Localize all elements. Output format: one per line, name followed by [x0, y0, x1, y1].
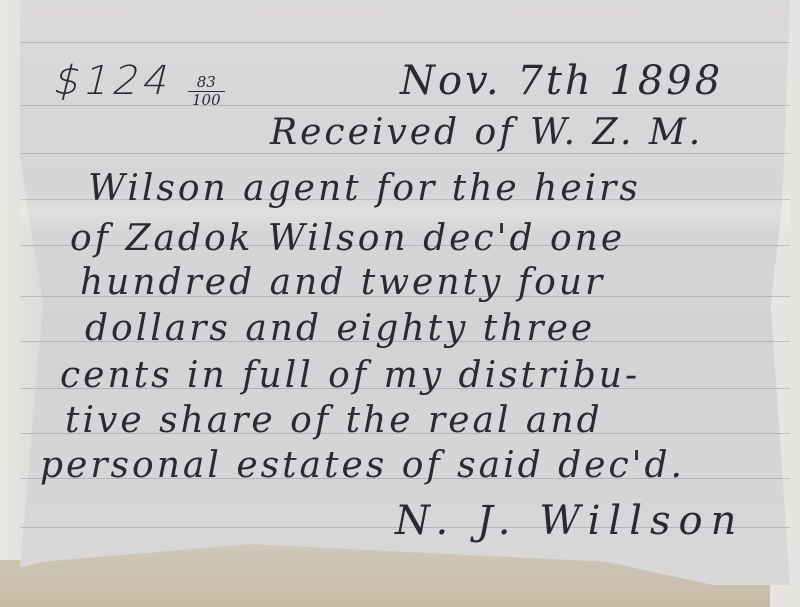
receipt-amount: $124 [49, 58, 178, 104]
body-line-6: cents in full of my distribu- [60, 355, 640, 396]
cents-numerator: 83 [188, 74, 225, 92]
body-line-3: of Zadok Wilson dec'd one [70, 218, 625, 259]
ruled-line [20, 105, 790, 106]
receipt-cents-fraction: 83 100 [188, 74, 225, 109]
body-line-5: dollars and eighty three [85, 308, 595, 349]
ruled-line [20, 42, 790, 43]
ruled-line [20, 153, 790, 154]
cents-denominator: 100 [188, 92, 225, 109]
body-line-4: hundred and twenty four [80, 262, 605, 303]
body-line-2: Wilson agent for the heirs [88, 168, 641, 209]
body-line-8: personal estates of said dec'd. [40, 445, 685, 486]
receipt-date: Nov. 7th 1898 [400, 58, 723, 104]
photo-stage: $124 83 100 Nov. 7th 1898 Received of W.… [0, 0, 800, 607]
signature: N. J. Willson [395, 498, 744, 544]
body-line-7: tive share of the real and [65, 400, 603, 441]
body-line-1: Received of W. Z. M. [270, 112, 703, 153]
